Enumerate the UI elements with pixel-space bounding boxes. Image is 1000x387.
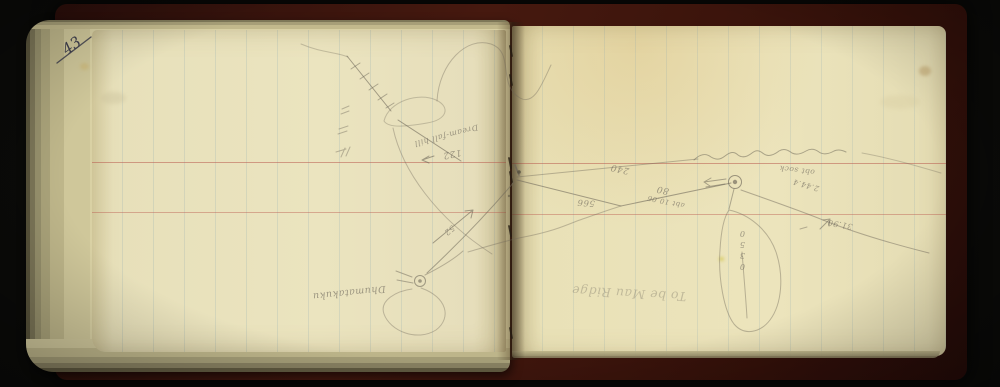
annotation-distance-566: 566 (577, 197, 595, 207)
gutter-fold (497, 22, 525, 360)
right-page-bottom-edge (512, 351, 940, 358)
page-stain (919, 66, 931, 76)
annotation-elevation-0350: 0350 (739, 227, 747, 271)
right-page (512, 26, 946, 356)
page-stain (80, 63, 89, 70)
red-rule (512, 163, 946, 164)
ink-showthrough-smudge (100, 92, 126, 104)
annotation-bearing-80: 80 (656, 183, 670, 194)
page-stain (719, 257, 724, 261)
notebook-photo: 43 Dream-fall hill 122 52 Dhumatakuku 24… (0, 0, 1000, 387)
ink-showthrough-smudge (880, 95, 920, 109)
red-rule (92, 162, 506, 163)
red-rule (512, 214, 946, 215)
left-page (92, 30, 506, 352)
red-rule (92, 212, 506, 213)
